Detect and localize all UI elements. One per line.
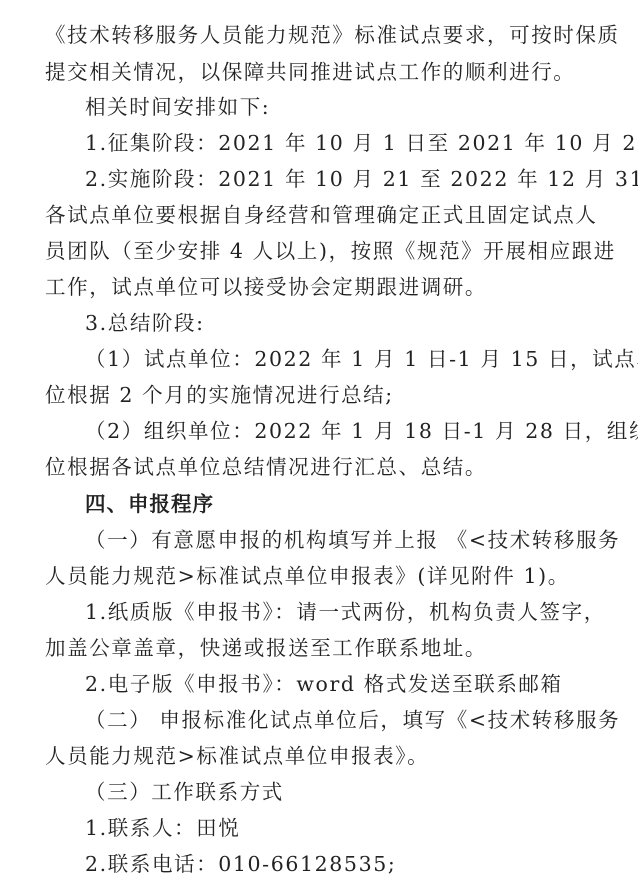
paragraph-line: （一）有意愿申报的机构填写并上报 《<技术转移服务 <box>85 527 620 553</box>
paragraph-line: 人员能力规范>标准试点单位申报表》。 <box>45 743 429 769</box>
paragraph-line: 工作，试点单位可以接受协会定期跟进调研。 <box>45 274 487 300</box>
document-page: 《技术转移服务人员能力规范》标准试点要求，可按时保质 提交相关情况，以保障共同推… <box>0 0 638 889</box>
contact-phone: 2.联系电话：010-66128535; <box>85 851 396 877</box>
contact-person: 1.联系人：田悦 <box>85 815 240 841</box>
paragraph-line: 2.实施阶段：2021 年 10 月 21 至 2022 年 12 月 31 日… <box>85 166 638 192</box>
paragraph-line: 各试点单位要根据自身经营和管理确定正式且固定试点人 <box>45 202 598 228</box>
paragraph-line: （三）工作联系方式 <box>85 779 284 805</box>
paragraph-line: 位根据各试点单位总结情况进行汇总、总结。 <box>45 454 487 480</box>
paragraph-line: 《技术转移服务人员能力规范》标准试点要求，可按时保质 <box>45 22 620 48</box>
paragraph-line: 员团队（至少安排 4 人以上)，按照《规范》开展相应跟进 <box>45 238 616 264</box>
paragraph-line: 2.电子版《申报书》：word 格式发送至联系邮箱 <box>85 671 563 697</box>
paragraph-line: （2）组织单位：2022 年 1 月 18 日-1 月 28 日，组织单 <box>85 418 638 444</box>
paragraph-line: 1.征集阶段：2021 年 10 月 1 日至 2021 年 10 月 20 日 <box>85 130 638 156</box>
paragraph-line: 位根据 2 个月的实施情况进行总结; <box>45 382 394 408</box>
section-heading: 四、申报程序 <box>85 491 214 517</box>
paragraph-line: 1.纸质版《申报书》：请一式两份，机构负责人签字， <box>85 599 606 625</box>
paragraph-line: （1）试点单位：2022 年 1 月 1 日-1 月 15 日，试点单 <box>85 346 638 372</box>
paragraph-line: 加盖公章盖章，快递或报送至工作联系地址。 <box>45 635 487 661</box>
paragraph-line: 3.总结阶段: <box>85 310 205 336</box>
paragraph-line: 提交相关情况，以保障共同推进试点工作的顺利进行。 <box>45 59 575 85</box>
paragraph-line: 人员能力规范>标准试点单位申报表》(详见附件 1)。 <box>45 563 570 589</box>
paragraph-line: （二） 申报标准化试点单位后，填写《<技术转移服务 <box>85 707 620 733</box>
paragraph-line: 相关时间安排如下: <box>85 94 270 120</box>
